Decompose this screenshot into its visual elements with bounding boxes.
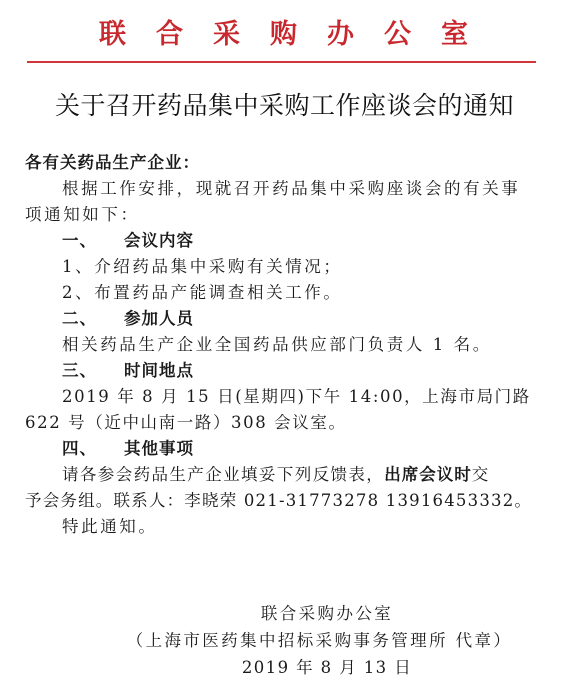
section-4-line-1: 请各参会药品生产企业填妥下列反馈表，出席会议时交 [62, 465, 490, 485]
intro-line-1: 根据工作安排，现就召开药品集中采购座谈会的有关事 [62, 179, 520, 199]
letterhead-red-rule [27, 61, 536, 63]
section-number: 一、 [62, 231, 124, 251]
section-number: 二、 [62, 309, 124, 329]
section-number: 四、 [62, 439, 124, 459]
intro-line-2: 项通知如下： [25, 205, 140, 225]
section-heading-3: 三、时间地点 [62, 361, 194, 381]
letterhead-org-name: 联合采购办公室 [0, 12, 569, 51]
closing: 特此通知。 [62, 517, 158, 537]
document-title: 关于召开药品集中采购工作座谈会的通知 [0, 86, 569, 122]
section-number: 三、 [62, 361, 124, 381]
section-title: 参加人员 [124, 309, 194, 328]
signature-agent: （上海市医药集中招标采购事务管理所 代章） [0, 627, 569, 651]
section-4-text: 请各参会药品生产企业填妥下列反馈表， [62, 465, 384, 484]
section-4-line-2: 予会务组。联系人：李晓荣 021-31773278 13916453332。 [25, 491, 532, 511]
section-4-text-end: 交 [472, 465, 490, 484]
section-4-bold-text: 出席会议时 [384, 465, 472, 484]
section-1-item-2: 2、布置药品产能调查相关工作。 [62, 283, 343, 303]
section-3-line-2: 622 号（近中山南一路）308 会议室。 [25, 413, 347, 433]
salutation: 各有关药品生产企业： [25, 153, 200, 173]
section-title: 其他事项 [124, 439, 194, 458]
signature-org: 联合采购办公室 [0, 600, 569, 624]
section-2-item-1: 相关药品生产企业全国药品供应部门负责人 1 名。 [62, 335, 492, 355]
section-heading-1: 一、会议内容 [62, 231, 194, 251]
signature-date: 2019 年 8 月 13 日 [0, 654, 569, 678]
section-heading-4: 四、其他事项 [62, 439, 194, 459]
section-title: 时间地点 [124, 361, 194, 380]
section-title: 会议内容 [124, 231, 194, 250]
section-3-line-1: 2019 年 8 月 15 日(星期四)下午 14:00，上海市局门路 [62, 387, 531, 407]
section-heading-2: 二、参加人员 [62, 309, 194, 329]
section-1-item-1: 1、介绍药品集中采购有关情况； [62, 257, 343, 277]
